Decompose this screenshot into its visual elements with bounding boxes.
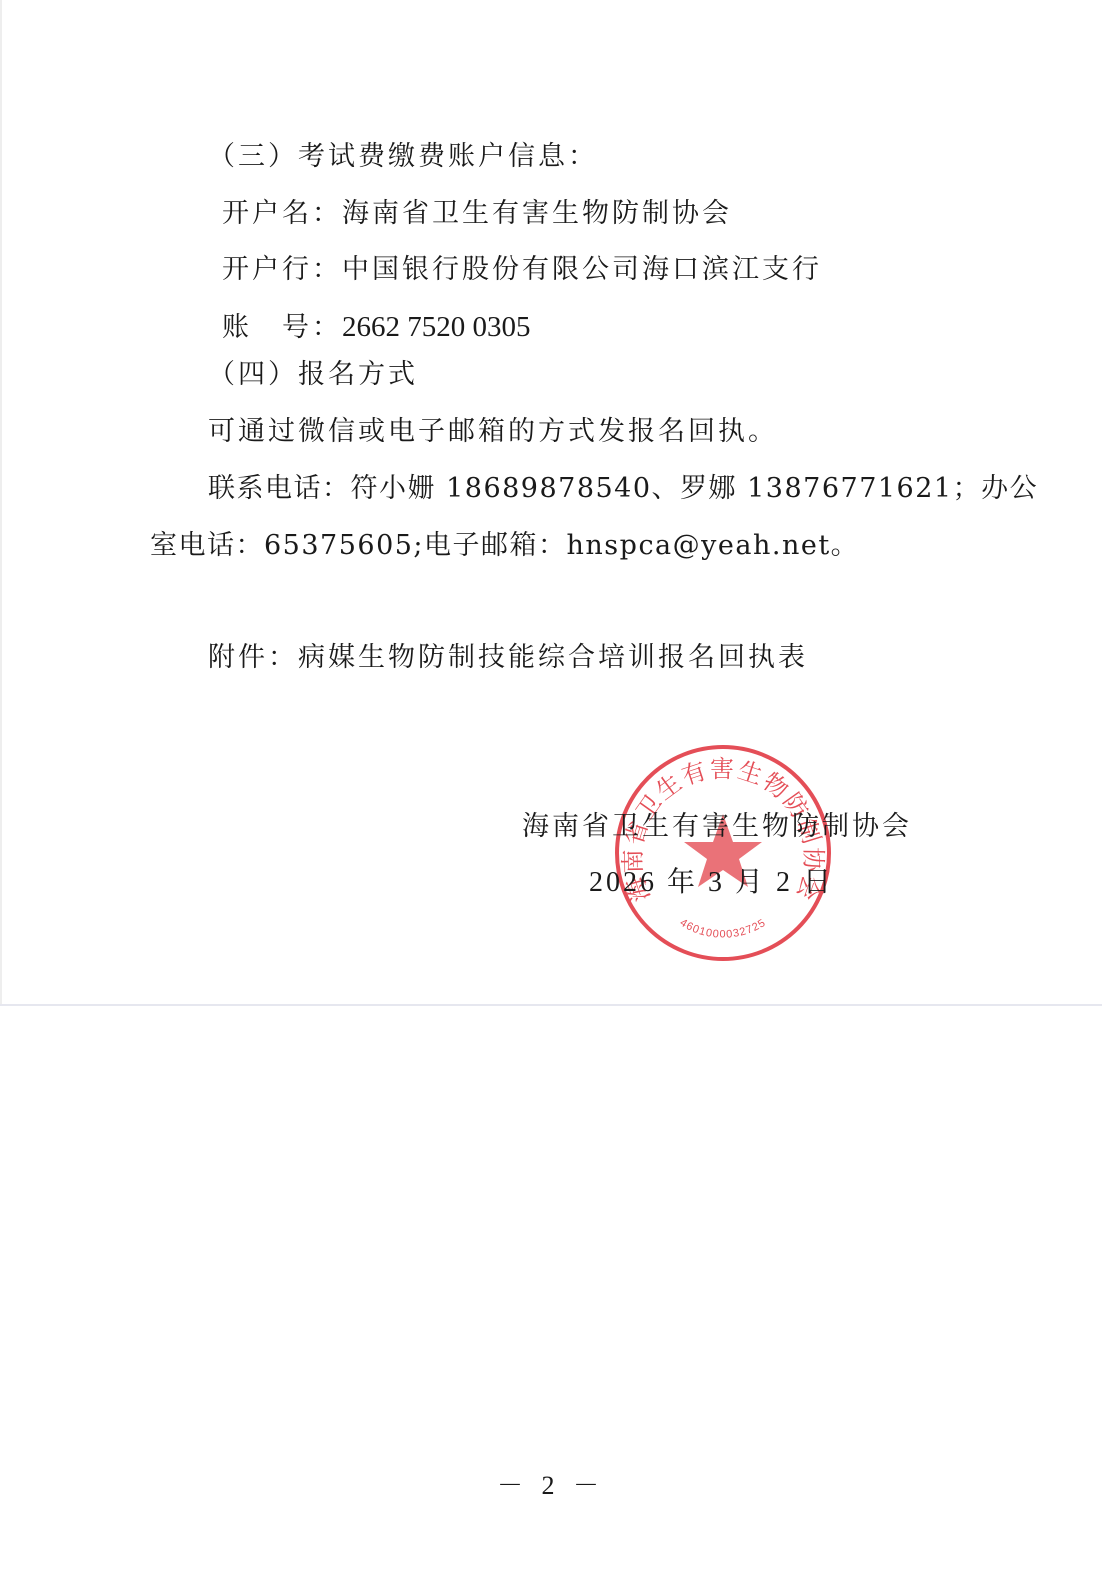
- page-divider: [0, 1004, 1102, 1006]
- account-name-label: 开户名：: [222, 198, 342, 229]
- attachment-line: 附件：病媒生物防制技能综合培训报名回执表: [208, 641, 808, 675]
- bank-row: 开户行：中国银行股份有限公司海口滨江支行: [222, 253, 822, 287]
- contact-line-1: 联系电话：符小姗 18689878540、罗娜 13876771621；办公: [208, 472, 1038, 506]
- account-name-value: 海南省卫生有害生物防制协会: [342, 198, 732, 229]
- document-page: （三）考试费缴费账户信息： 开户名：海南省卫生有害生物防制协会 开户行：中国银行…: [0, 0, 1102, 1573]
- account-number-value: 2662 7520 0305: [342, 311, 531, 343]
- account-name-row: 开户名：海南省卫生有害生物防制协会: [222, 197, 732, 231]
- page-edge: [0, 0, 2, 1004]
- bank-label: 开户行：: [222, 254, 342, 285]
- signature-date: 2026 年 3 月 2 日: [589, 866, 834, 900]
- section3-heading: （三）考试费缴费账户信息：: [208, 140, 598, 174]
- section4-heading: （四）报名方式: [208, 358, 418, 392]
- contact-line-2: 室电话：65375605;电子邮箱：hnspca@yeah.net。: [150, 529, 859, 563]
- bank-value: 中国银行股份有限公司海口滨江支行: [342, 254, 822, 285]
- svg-text:4601000032725: 4601000032725: [678, 917, 769, 941]
- signature-org: 海南省卫生有害生物防制协会: [522, 810, 912, 844]
- official-seal-icon: 海南省卫生有害生物防制协会 4601000032725: [612, 742, 834, 964]
- account-number-label: 账 号：: [222, 312, 342, 343]
- account-number-row: 账 号：2662 7520 0305: [222, 310, 531, 345]
- signup-method: 可通过微信或电子邮箱的方式发报名回执。: [208, 415, 778, 449]
- page-number: － 2 －: [0, 1465, 1102, 1502]
